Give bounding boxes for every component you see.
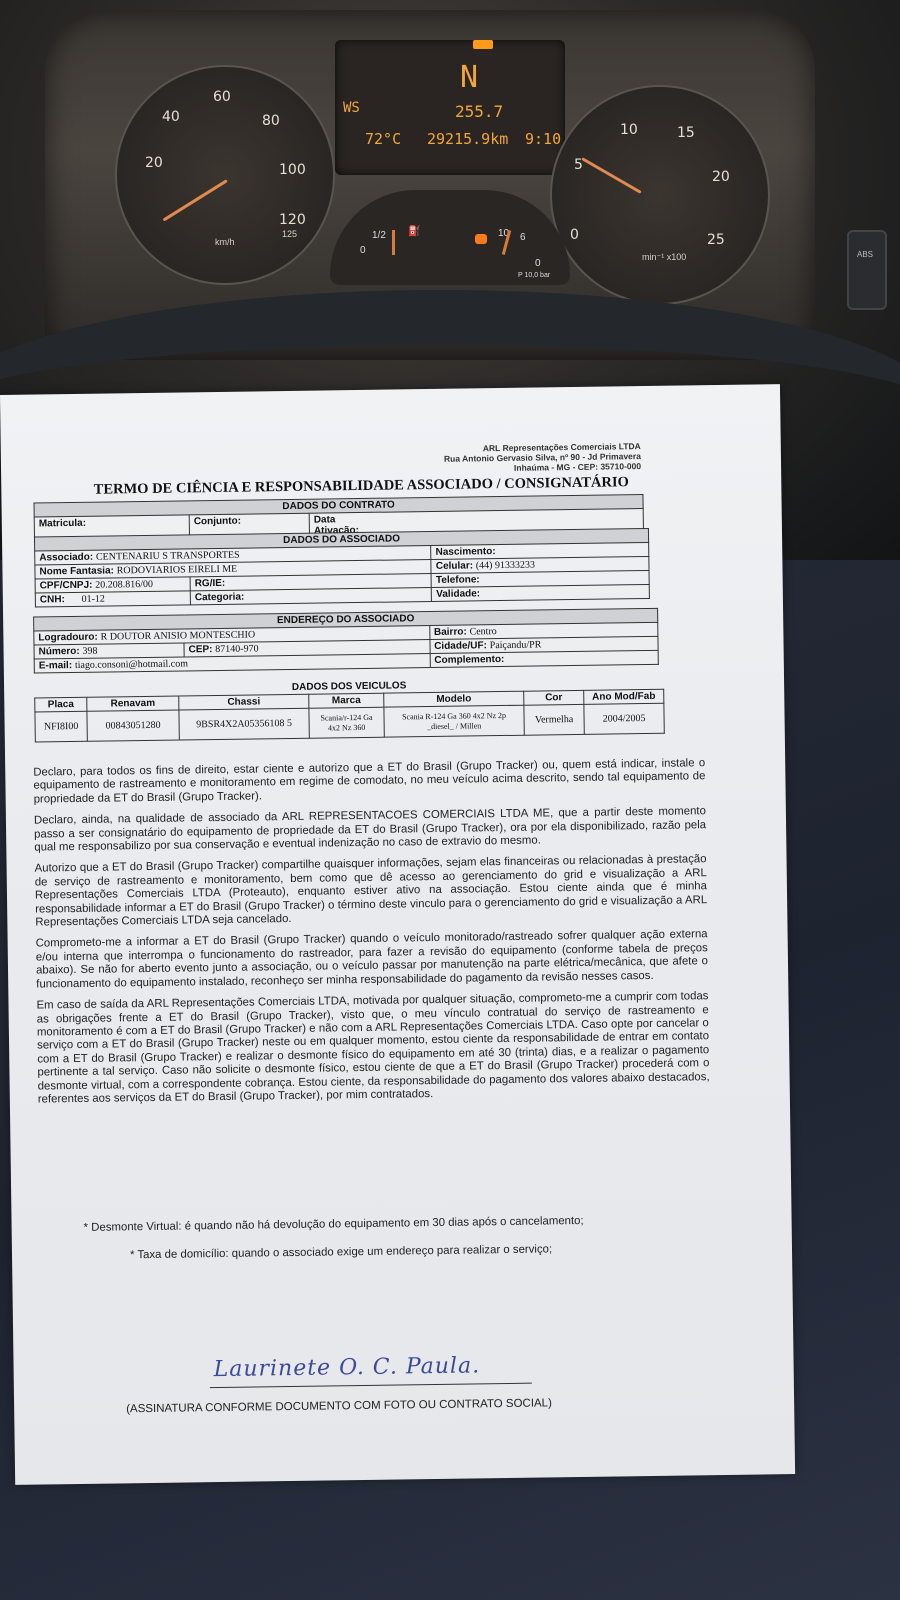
lcd-display: N WS 255.7 72°C 29215.9km 9:10 [335, 40, 565, 175]
pressure-tick: 0 [535, 258, 541, 269]
speedo-tick: 40 [162, 109, 180, 125]
abs-label: ABS [857, 250, 873, 259]
paragraph: Declaro, para todos os fins de direito, … [33, 757, 705, 807]
vehicles-table: DADOS DOS VEICULOS Placa Renavam Chassi … [34, 676, 665, 743]
speedo-needle [163, 179, 228, 221]
modelo-cell: Scania R-124 Ga 360 4x2 Nz 2p _diesel_ /… [384, 705, 524, 737]
signature: Laurinete O. C. Paula. [213, 1353, 480, 1382]
renavam-cell: 00843051280 [87, 710, 179, 741]
speedo-tick: 120 [279, 212, 306, 228]
temperature-readout: 72°C [365, 130, 401, 148]
paragraph: Declaro, ainda, na qualidade de associad… [34, 805, 706, 855]
column-header: Placa [35, 697, 87, 712]
logradouro-value: R DOUTOR ANISIO MONTESCHIO [101, 629, 256, 642]
warning-light-icon [473, 40, 493, 49]
abs-switch[interactable]: ABS [847, 230, 887, 310]
validade-field: Validade: [432, 584, 650, 601]
cnh-value: 01-12 [81, 594, 104, 605]
odometer: 29215.9km [427, 130, 508, 148]
speedo-unit: km/h [215, 237, 235, 247]
cidade-label: Cidade/UF: [434, 640, 487, 652]
associado-value: CENTENARIU S TRANSPORTES [96, 550, 240, 563]
fuel-pressure-gauges: 0 1/2 ⛽ 10 6 0 P 10,0 bar [330, 190, 570, 285]
complemento-field: Complemento: [430, 650, 659, 667]
speedo-tick: 60 [213, 89, 231, 105]
cidade-value: Paiçandu/PR [490, 639, 542, 651]
company-header: ARL Representações Comerciais LTDA Rua A… [444, 441, 641, 474]
email-label: E-mail: [39, 660, 72, 671]
signature-caption: (ASSINATURA CONFORME DOCUMENTO COM FOTO … [126, 1397, 552, 1415]
signature-line [210, 1383, 532, 1388]
cnh-label: CNH: [40, 594, 65, 605]
celular-label: Celular: [436, 560, 473, 572]
ano-cell: 2004/2005 [584, 703, 664, 734]
tacho-tick: 25 [707, 232, 725, 248]
column-header: Cor [524, 690, 584, 705]
pressure-tick: 6 [520, 232, 526, 243]
column-header: Renavam [87, 696, 179, 711]
associado-label: Associado: [39, 552, 93, 564]
cnh-field: CNH: 01-12 [35, 591, 190, 607]
speedo-tick: 125 [282, 229, 297, 239]
speedometer: 20 40 60 80 100 120 125 km/h [115, 65, 335, 285]
categoria-field: Categoria: [190, 587, 432, 604]
note-taxa-domicilio: * Taxa de domicílio: quando o associado … [130, 1243, 552, 1261]
document-paper: ARL Representações Comerciais LTDA Rua A… [0, 384, 795, 1485]
address-table: ENDEREÇO DO ASSOCIADO Logradouro: R DOUT… [33, 608, 659, 674]
placa-cell: NFI8I00 [35, 711, 87, 742]
fantasia-label: Nome Fantasia: [39, 565, 114, 577]
rg-label: RG/IE: [195, 578, 226, 589]
bairro-label: Bairro: [434, 627, 467, 638]
paragraph: Autorizo que a ET do Brasil (Grupo Track… [35, 854, 708, 930]
chassi-cell: 9BSR4X2A05356108 5 [179, 708, 309, 740]
gear-indicator: N [460, 60, 478, 95]
tachometer: 0 5 10 15 20 25 min⁻¹ x100 [550, 85, 770, 305]
nascimento-label: Nascimento: [436, 546, 496, 558]
conjunto-label: Conjunto: [194, 516, 241, 528]
logradouro-label: Logradouro: [38, 632, 98, 644]
clock: 9:10 [525, 130, 561, 148]
speedo-tick: 80 [262, 113, 280, 129]
speedo-tick: 100 [279, 162, 306, 178]
tacho-unit: min⁻¹ x100 [642, 252, 686, 263]
trip-meter: 255.7 [455, 102, 503, 121]
fantasia-value: RODOVIARIOS EIRELI ME [117, 564, 238, 577]
telefone-label: Telefone: [436, 574, 480, 586]
cep-label: CEP: [189, 644, 213, 655]
matricula-label: Matricula: [39, 518, 86, 530]
tacho-tick: 15 [677, 125, 695, 141]
cpf-label: CPF/CNPJ: [40, 580, 93, 592]
tacho-tick: 20 [712, 169, 730, 185]
tacho-needle [581, 157, 641, 194]
column-header: Ano Mod/Fab [584, 689, 664, 704]
marca-cell: Scania/r-124 Ga 4x2 Nz 360 [309, 707, 384, 738]
email-value: tiago.consoni@hotmail.com [75, 658, 188, 671]
note-desmonte-virtual: * Desmonte Virtual: é quando não há devo… [84, 1215, 584, 1234]
cpf-value: 20.208.816/00 [95, 579, 153, 591]
fuel-needle [392, 230, 395, 255]
celular-value: (44) 91333233 [476, 560, 535, 572]
numero-label: Número: [39, 646, 80, 658]
tacho-tick: 10 [620, 122, 638, 138]
column-header: Marca [309, 693, 384, 708]
oil-warning-icon [475, 234, 487, 244]
paragraph: Comprometo-me a informar a ET do Brasil … [36, 929, 709, 992]
pressure-unit: P 10,0 bar [518, 272, 550, 279]
cep-value: 87140-970 [215, 643, 258, 655]
fuel-tick: 1/2 [372, 230, 386, 241]
tacho-tick: 0 [570, 227, 579, 243]
numero-value: 398 [82, 646, 97, 657]
speedo-tick: 20 [145, 155, 163, 171]
validade-label: Validade: [436, 588, 480, 600]
associate-table: DADOS DO ASSOCIADO Associado: CENTENARIU… [34, 528, 650, 608]
ws-label: WS [343, 100, 360, 116]
categoria-label: Categoria: [195, 592, 245, 604]
paragraph: Em caso de saída da ARL Representações C… [36, 990, 709, 1107]
complemento-label: Complemento: [434, 654, 504, 666]
cor-cell: Vermelha [524, 704, 584, 735]
fuel-tick: 0 [360, 245, 366, 256]
fuel-pump-icon: ⛽ [408, 226, 420, 237]
terms-body: Declaro, para todos os fins de direito, … [33, 757, 710, 1115]
bairro-value: Centro [469, 626, 496, 637]
